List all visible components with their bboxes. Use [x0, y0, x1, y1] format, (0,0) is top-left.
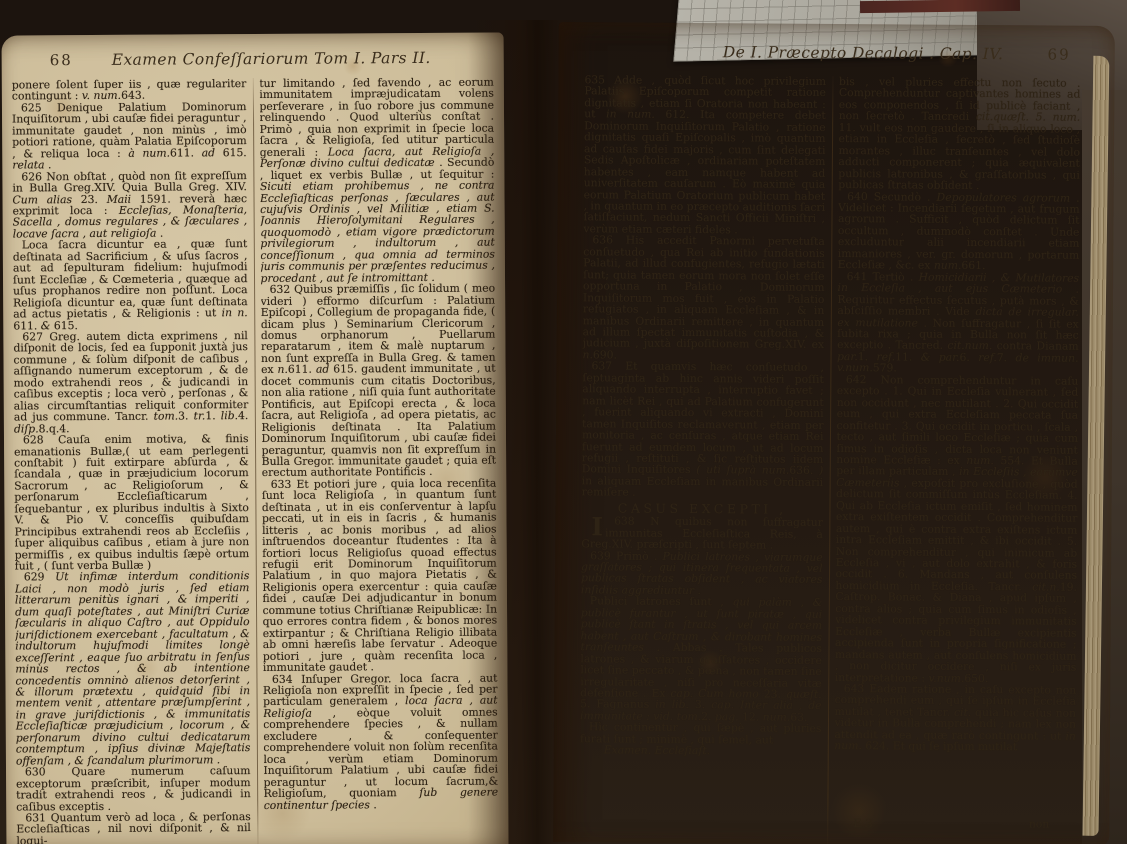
text-paragraph: 631 Quantum verò ad loca , & perſonas Ec… [16, 811, 251, 844]
text-paragraph: Publici latrones ſunt , qui palàm , & pu… [580, 596, 822, 724]
text-paragraph: 632 Quibus præmiſſis , ſic ſolidum ( meo… [261, 283, 497, 479]
text-paragraph: Hìc continentur , qui ſæpè , aut pluries… [580, 722, 822, 747]
text-paragraph: bis , vel pluries effectu non ſecuto . C… [838, 76, 1080, 192]
text-paragraph: 630 Quare numerum caſuum exceptorum præſ… [16, 765, 251, 812]
running-title-left: Examen Confeſſariorum Tom I. Pars II. [73, 49, 470, 69]
drop-cap-initial: I [581, 515, 605, 537]
text-column-3: 635 Adde , quòd ſicut hoc privilegium Pa… [579, 74, 826, 844]
column-divider-rule [252, 78, 258, 844]
text-paragraph: 638 IN quibus non ſuffragatur immunitas … [581, 515, 823, 551]
left-page-columns: ponere ſolent ſuper iis , quæ regularite… [12, 77, 499, 844]
right-page-columns: 635 Adde , quòd ſicut hoc privilegium Pa… [579, 74, 1080, 844]
book-page-left: 68 Examen Confeſſariorum Tom I. Pars II.… [2, 32, 509, 844]
catchword: non [1029, 817, 1050, 831]
text-paragraph: 626 Non obſtat , quòd non ſit expreſſum … [12, 170, 247, 240]
text-paragraph: 641 Tertiò . Homicidiarii , & Mutilatore… [837, 271, 1079, 376]
column-divider-rule [827, 76, 833, 844]
page-number-right: 69 [1047, 45, 1070, 63]
text-paragraph: 642 Non comprehenduntur in caſu excepto … [835, 374, 1079, 685]
text-column-1: ponere ſolent ſuper iis , quæ regularite… [12, 78, 251, 844]
book-page-right: De I. Præcepto Decalogi . Cap. IV. 69 63… [553, 22, 1115, 844]
text-paragraph: 629 Ut infimæ interdum conditionis Laici… [15, 571, 251, 767]
right-page-footer: E 3 non [853, 816, 1049, 831]
text-paragraph: tur limitando , ſed favendo , ac eorum i… [259, 77, 495, 285]
maroon-object [860, 0, 1020, 13]
text-paragraph: 627 Greg. autem dicta exprimens , nil di… [13, 330, 248, 435]
running-title-right: De I. Præcepto Decalogi . Cap. IV. [679, 43, 1048, 64]
text-paragraph: ponere ſolent ſuper iis , quæ regularite… [12, 78, 247, 102]
text-paragraph: 637 Et quamvis hæc conſuetudo , ſeptuagi… [582, 361, 824, 500]
volume-signature-line: Examen. Eccleſiaſt. [580, 745, 822, 758]
text-paragraph: 633 Et potiori jure , quia loca recenſit… [262, 477, 498, 673]
text-paragraph: 634 Inſuper Gregor. loca ſacra , aut Rel… [263, 672, 498, 811]
text-paragraph: 636 His accedit Panormi pervetuſta conſu… [583, 235, 825, 363]
left-page-header: 68 Examen Confeſſariorum Tom I. Pars II. [2, 48, 504, 69]
text-paragraph: 643 Eadem ratione , in caſu excepto non … [834, 683, 1076, 753]
text-paragraph: Loca ſacra dicuntur ea , quæ ſunt deſtin… [13, 238, 248, 331]
section-heading: CASUS EXCEPTI , [581, 502, 823, 515]
page-fore-edge-stack [1082, 56, 1109, 836]
page-number-left: 68 [50, 51, 73, 69]
text-paragraph: 640 Secundò . Depopulatores agrorum . Vi… [838, 191, 1080, 273]
text-paragraph: 635 Adde , quòd ſicut hoc privilegium Pa… [583, 74, 826, 236]
text-paragraph: 625 Denique Palatium Dominorum Inquiſito… [12, 101, 247, 171]
text-paragraph: 639 Primò . Publici latrones , viarumque… [581, 550, 823, 597]
right-page-header: De I. Præcepto Decalogi . Cap. IV. 69 [559, 42, 1115, 64]
text-column-2: tur limitando , ſed favendo , ac eorum i… [259, 77, 498, 844]
text-paragraph: 628 Cauſa enim motiva, & finis emanation… [14, 433, 249, 572]
gathering-signature: E 3 [853, 816, 872, 830]
text-column-4: bis , vel pluries effectu non ſecuto . C… [834, 76, 1081, 844]
